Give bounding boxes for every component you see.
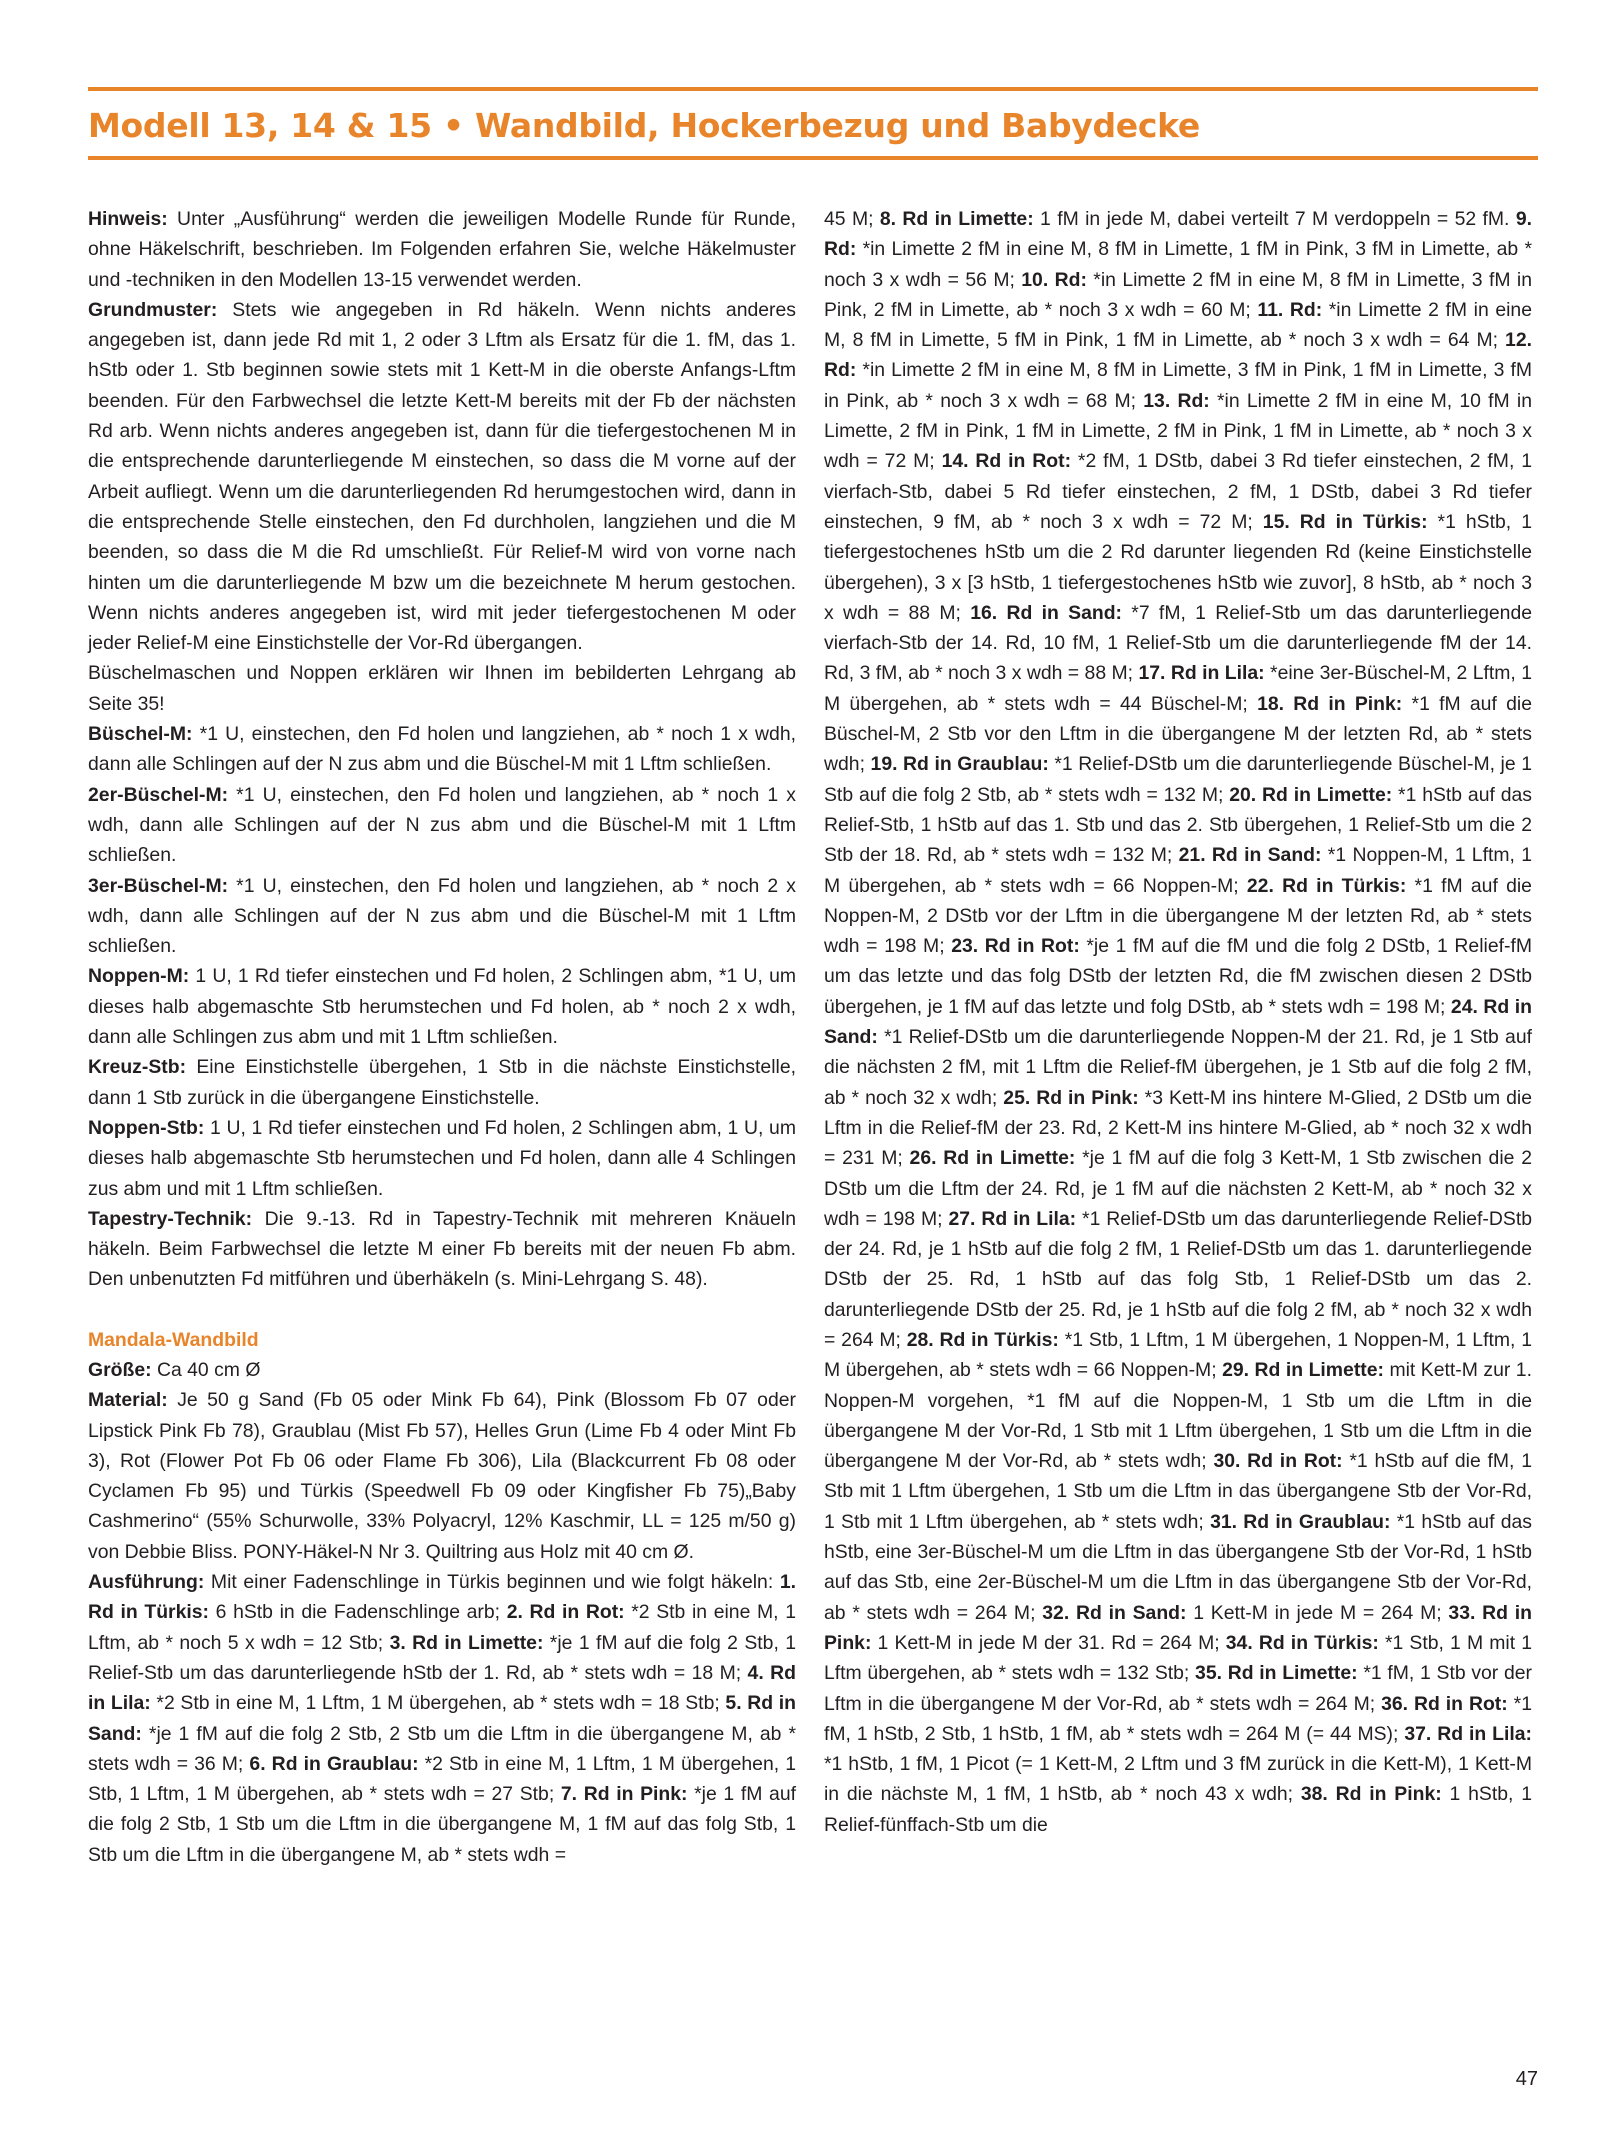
- label-grundmuster: Grundmuster:: [88, 299, 217, 321]
- paragraph-material: Material: Je 50 g Sand (Fb 05 oder Mink …: [88, 1385, 796, 1567]
- label-bueschel-m: Büschel-M:: [88, 723, 193, 745]
- header-rule-bottom: [88, 156, 1538, 160]
- paragraph-ausfuehrung: Ausführung: Mit einer Fadenschlinge in T…: [88, 1567, 796, 1870]
- round-label: 21. Rd in Sand:: [1179, 844, 1322, 866]
- paragraph-groesse: Größe: Ca 40 cm Ø: [88, 1355, 796, 1385]
- round-text: 6 hStb in die Fadenschlinge arb;: [209, 1601, 507, 1623]
- text-groesse: Ca 40 cm Ø: [152, 1359, 261, 1381]
- round-label: 15. Rd in Türkis:: [1263, 511, 1428, 533]
- section-title-mandala-wandbild: Mandala-Wandbild: [88, 1325, 796, 1355]
- paragraph-noppen-m: Noppen-M: 1 U, 1 Rd tiefer einstechen un…: [88, 961, 796, 1052]
- text-grundmuster: Stets wie angegeben in Rd häkeln. Wenn n…: [88, 299, 796, 654]
- right-column: 45 M; 8. Rd in Limette: 1 fM in jede M, …: [824, 204, 1532, 1840]
- round-label: 2. Rd in Rot:: [507, 1601, 625, 1623]
- round-label: 34. Rd in Türkis:: [1226, 1632, 1379, 1654]
- label-noppen-m: Noppen-M:: [88, 965, 189, 987]
- round-label: 28. Rd in Türkis:: [907, 1329, 1059, 1351]
- paragraph-lehrgang-hint: Büschelmaschen und Noppen erklären wir I…: [88, 658, 796, 719]
- magazine-page: Modell 13, 14 & 15 • Wandbild, Hockerbez…: [0, 0, 1601, 2134]
- label-ausfuehrung: Ausführung:: [88, 1571, 204, 1593]
- round-label: 35. Rd in Limette:: [1195, 1662, 1358, 1684]
- paragraph-noppen-stb: Noppen-Stb: 1 U, 1 Rd tiefer einstechen …: [88, 1113, 796, 1204]
- label-3er-bueschel-m: 3er-Büschel-M:: [88, 875, 228, 897]
- text-noppen-m: 1 U, 1 Rd tiefer einstechen und Fd holen…: [88, 965, 796, 1048]
- round-text: *2 Stb in eine M, 1 Lftm, 1 M übergehen,…: [151, 1692, 726, 1714]
- round-label: 14. Rd in Rot:: [942, 450, 1071, 472]
- paragraph-grundmuster: Grundmuster: Stets wie angegeben in Rd h…: [88, 295, 796, 659]
- label-material: Material:: [88, 1389, 168, 1411]
- round-label: 10. Rd:: [1021, 269, 1087, 291]
- round-label: 25. Rd in Pink:: [1003, 1087, 1138, 1109]
- lead-in-text: 45 M;: [824, 208, 880, 230]
- round-label: 7. Rd in Pink:: [561, 1783, 688, 1805]
- round-label: 23. Rd in Rot:: [951, 935, 1080, 957]
- left-column: Hinweis: Unter „Ausführung“ werden die j…: [88, 204, 796, 1870]
- round-label: 13. Rd:: [1143, 390, 1209, 412]
- label-2er-bueschel-m: 2er-Büschel-M:: [88, 784, 228, 806]
- round-text: 1 fM in jede M, dabei verteilt 7 M verdo…: [1034, 208, 1516, 230]
- paragraph-bueschel-m: Büschel-M: *1 U, einstechen, den Fd hole…: [88, 719, 796, 780]
- round-label: 36. Rd in Rot:: [1381, 1693, 1508, 1715]
- label-hinweis: Hinweis:: [88, 208, 168, 230]
- round-label: 17. Rd in Lila:: [1138, 662, 1264, 684]
- text-hinweis: Unter „Ausführung“ werden die jeweiligen…: [88, 208, 796, 291]
- round-text: 1 Kett-M in jede M = 264 M;: [1186, 1602, 1448, 1624]
- text-ausfuehrung-intro: Mit einer Fadenschlinge in Türkis beginn…: [204, 1571, 780, 1593]
- round-label: 11. Rd:: [1257, 299, 1322, 321]
- paragraph-rounds-continued: 45 M; 8. Rd in Limette: 1 fM in jede M, …: [824, 204, 1532, 1840]
- round-label: 18. Rd in Pink:: [1257, 693, 1402, 715]
- page-number: 47: [1500, 2068, 1538, 2091]
- round-label: 38. Rd in Pink:: [1301, 1783, 1442, 1805]
- round-label: 26. Rd in Limette:: [910, 1147, 1076, 1169]
- round-label: 30. Rd in Rot:: [1213, 1450, 1342, 1472]
- round-label: 20. Rd in Limette:: [1229, 784, 1392, 806]
- header-rule-top: [88, 87, 1538, 91]
- page-title: Modell 13, 14 & 15 • Wandbild, Hockerbez…: [88, 102, 1538, 150]
- round-label: 8. Rd in Limette:: [880, 208, 1034, 230]
- paragraph-hinweis: Hinweis: Unter „Ausführung“ werden die j…: [88, 204, 796, 295]
- round-label: 3. Rd in Limette:: [390, 1632, 544, 1654]
- round-label: 19. Rd in Graublau:: [871, 753, 1049, 775]
- text-bueschel-m: *1 U, einstechen, den Fd holen und langz…: [88, 723, 796, 775]
- paragraph-2er-bueschel-m: 2er-Büschel-M: *1 U, einstechen, den Fd …: [88, 780, 796, 871]
- label-kreuz-stb: Kreuz-Stb:: [88, 1056, 186, 1078]
- round-label: 16. Rd in Sand:: [970, 602, 1122, 624]
- paragraph-kreuz-stb: Kreuz-Stb: Eine Einstichstelle übergehen…: [88, 1052, 796, 1113]
- text-material: Je 50 g Sand (Fb 05 oder Mink Fb 64), Pi…: [88, 1389, 796, 1562]
- paragraph-3er-bueschel-m: 3er-Büschel-M: *1 U, einstechen, den Fd …: [88, 871, 796, 962]
- paragraph-tapestry: Tapestry-Technik: Die 9.-13. Rd in Tapes…: [88, 1204, 796, 1295]
- round-label: 37. Rd in Lila:: [1404, 1723, 1532, 1745]
- round-label: 22. Rd in Türkis:: [1247, 875, 1406, 897]
- round-label: 6. Rd in Graublau:: [249, 1753, 418, 1775]
- text-kreuz-stb: Eine Einstichstelle übergehen, 1 Stb in …: [88, 1056, 796, 1108]
- label-groesse: Größe:: [88, 1359, 152, 1381]
- round-label: 31. Rd in Graublau:: [1210, 1511, 1390, 1533]
- label-tapestry: Tapestry-Technik:: [88, 1208, 252, 1230]
- round-label: 29. Rd in Limette:: [1222, 1359, 1384, 1381]
- label-noppen-stb: Noppen-Stb:: [88, 1117, 204, 1139]
- round-label: 32. Rd in Sand:: [1042, 1602, 1186, 1624]
- round-label: 27. Rd in Lila:: [948, 1208, 1076, 1230]
- round-text: 1 Kett-M in jede M der 31. Rd = 264 M;: [871, 1632, 1225, 1654]
